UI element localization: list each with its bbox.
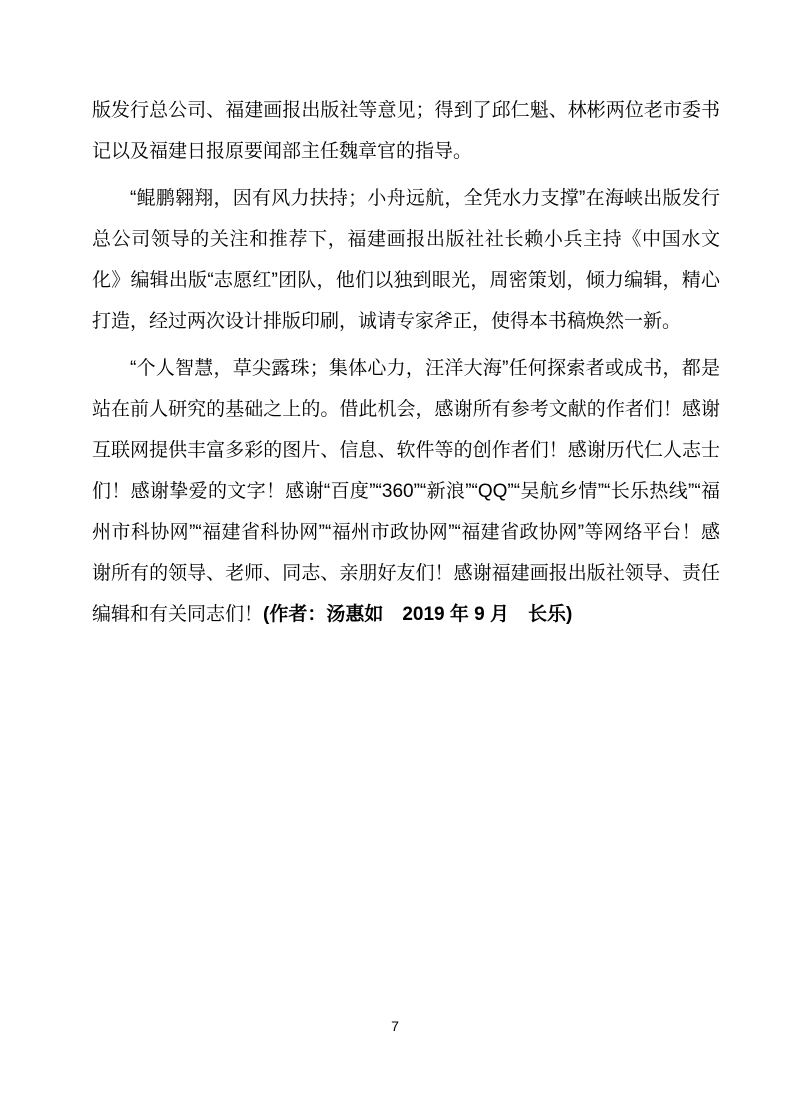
paragraph-text: 版发行总公司、福建画报出版社等意见；得到了邱仁魁、林彬两位老市委书记以及福建日报… — [92, 100, 720, 162]
document-body: 版发行总公司、福建画报出版社等意见；得到了邱仁魁、林彬两位老市委书记以及福建日报… — [92, 90, 720, 641]
page-number: 7 — [391, 1018, 399, 1034]
author-date-attribution: (作者：汤惠如 2019 年 9 月 长乐) — [263, 604, 572, 625]
paragraph-acknowledgement-general: “个人智慧，草尖露珠；集体心力，汪洋大海”任何探索者或成书，都是站在前人研究的基… — [92, 348, 720, 635]
paragraph-text: “个人智慧，草尖露珠；集体心力，汪洋大海”任何探索者或成书，都是站在前人研究的基… — [92, 358, 720, 625]
document-page: 版发行总公司、福建画报出版社等意见；得到了邱仁魁、林彬两位老市委书记以及福建日报… — [0, 0, 790, 1118]
paragraph-continuation: 版发行总公司、福建画报出版社等意见；得到了邱仁魁、林彬两位老市委书记以及福建日报… — [92, 90, 720, 172]
paragraph-text: “鲲鹏翱翔，因有风力扶持；小舟远航，全凭水力支撑”在海峡出版发行总公司领导的关注… — [92, 188, 720, 332]
page-footer: 7 — [0, 1016, 790, 1036]
paragraph-acknowledgement-publisher: “鲲鹏翱翔，因有风力扶持；小舟远航，全凭水力支撑”在海峡出版发行总公司领导的关注… — [92, 178, 720, 342]
